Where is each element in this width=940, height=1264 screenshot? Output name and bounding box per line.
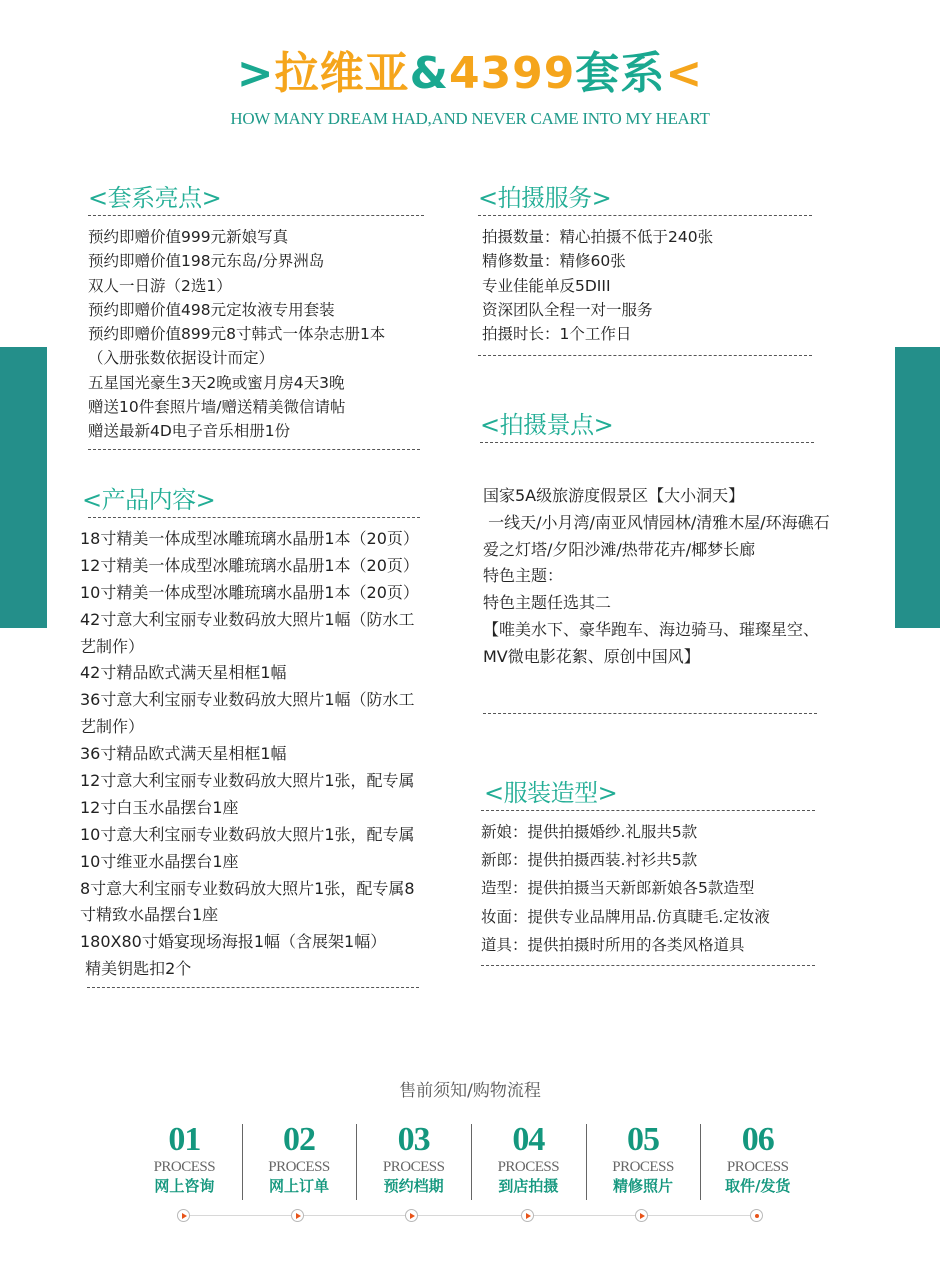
list-item: 赠送最新4D电子音乐相册1份 [88, 419, 428, 443]
list-item: 艺制作） [80, 714, 460, 741]
page-subtitle: HOW MANY DREAM HAD,AND NEVER CAME INTO M… [0, 109, 940, 129]
step-process-label: PROCESS [356, 1158, 471, 1176]
list-item: 18寸精美一体成型冰雕琉璃水晶册1本（20页） [80, 526, 460, 553]
title-suffix: < [665, 48, 703, 99]
section-scenic: <拍摄景点> 国家5A级旅游度假景区【大小洞天】 一线天/小月湾/南亚风情园林/… [480, 410, 890, 714]
step-label: 预约档期 [356, 1176, 471, 1196]
step-divider [242, 1124, 243, 1200]
step-divider [471, 1124, 472, 1200]
list-item: 精美钥匙扣2个 [80, 956, 460, 983]
list-item: 42寸意大利宝丽专业数码放大照片1幅（防水工 [80, 607, 460, 634]
list-item: 拍摄数量：精心拍摄不低于240张 [482, 225, 818, 249]
list-item: 道具：提供拍摄时所用的各类风格道具 [481, 931, 841, 959]
section-heading: <服装造型> [481, 778, 841, 808]
step-label: 取件/发货 [700, 1176, 815, 1196]
section-heading: <产品内容> [80, 485, 460, 515]
flow-title: 售前须知/购物流程 [0, 1076, 940, 1101]
list-item: 10寸维亚水晶摆台1座 [80, 849, 460, 876]
list-item: 拍摄时长：1个工作日 [482, 322, 818, 346]
list-item: 12寸意大利宝丽专业数码放大照片1张，配专属 [80, 768, 460, 795]
step-label: 精修照片 [586, 1176, 701, 1196]
process-step: 02 PROCESS 网上订单 [242, 1122, 357, 1202]
section-highlights: <套系亮点> 预约即赠价值999元新娘写真 预约即赠价值198元东岛/分界洲岛 … [88, 183, 428, 450]
step-process-label: PROCESS [471, 1158, 586, 1176]
list-item: 预约即赠价值999元新娘写真 [88, 225, 428, 249]
timeline-line [183, 1215, 757, 1216]
divider [88, 449, 420, 450]
list-item: 36寸意大利宝丽专业数码放大照片1幅（防水工 [80, 687, 460, 714]
divider [483, 713, 817, 714]
step-label: 网上订单 [242, 1176, 357, 1196]
list-item: 10寸精美一体成型冰雕琉璃水晶册1本（20页） [80, 580, 460, 607]
divider [87, 987, 419, 988]
list-item: 五星国光豪生3天2晚或蜜月房4天3晚 [88, 371, 428, 395]
step-process-label: PROCESS [700, 1158, 815, 1176]
costume-list: 新娘：提供拍摄婚纱.礼服共5款 新郎：提供拍摄西装.衬衫共5款 造型：提供拍摄当… [481, 818, 841, 959]
list-item: 8寸意大利宝丽专业数码放大照片1张，配专属8 [80, 876, 460, 903]
list-item: 预约即赠价值899元8寸韩式一体杂志册1本 [88, 322, 428, 346]
divider [88, 215, 424, 216]
title-prefix: > [237, 48, 275, 99]
left-accent-bar [0, 347, 47, 628]
list-item: （入册张数依据设计而定） [88, 346, 428, 370]
process-step: 04 PROCESS 到店拍摄 [471, 1122, 586, 1202]
process-step: 01 PROCESS 网上咨询 [127, 1122, 242, 1202]
section-products: <产品内容> 18寸精美一体成型冰雕琉璃水晶册1本（20页） 12寸精美一体成型… [80, 485, 460, 988]
list-item: 特色主题任选其二 [483, 590, 890, 617]
process-step: 06 PROCESS 取件/发货 [700, 1122, 815, 1202]
section-heading: <套系亮点> [88, 183, 428, 213]
title-brand: 拉维亚 [275, 48, 410, 99]
list-item: 专业佳能单反5DIII [482, 274, 818, 298]
step-divider [356, 1124, 357, 1200]
list-item: MV微电影花絮、原创中国风】 [483, 644, 890, 671]
list-item: 艺制作） [80, 634, 460, 661]
list-item: 造型：提供拍摄当天新郎新娘各5款造型 [481, 874, 841, 902]
process-steps: 01 PROCESS 网上咨询 02 PROCESS 网上订单 03 PROCE… [127, 1122, 815, 1202]
list-item: 【唯美水下、豪华跑车、海边骑马、璀璨星空、 [483, 617, 890, 644]
list-item: 精修数量：精修60张 [482, 249, 818, 273]
step-number: 04 [471, 1122, 586, 1158]
page-title: >拉维亚&4399套系< [0, 46, 940, 102]
process-step: 03 PROCESS 预约档期 [356, 1122, 471, 1202]
end-dot-icon [750, 1209, 763, 1222]
play-icon [177, 1209, 190, 1222]
step-number: 06 [700, 1122, 815, 1158]
list-item: 42寸精品欧式满天星相框1幅 [80, 660, 460, 687]
list-item: 赠送10件套照片墙/赠送精美微信请帖 [88, 395, 428, 419]
divider [481, 965, 815, 966]
divider [88, 517, 420, 518]
step-divider [700, 1124, 701, 1200]
play-icon [521, 1209, 534, 1222]
title-amp: & [410, 48, 449, 99]
step-number: 02 [242, 1122, 357, 1158]
list-item: 寸精致水晶摆台1座 [80, 902, 460, 929]
list-item: 资深团队全程一对一服务 [482, 298, 818, 322]
list-item: 12寸精美一体成型冰雕琉璃水晶册1本（20页） [80, 553, 460, 580]
list-item: 一线天/小月湾/南亚风情园林/清雅木屋/环海礁石 [483, 510, 890, 537]
step-number: 05 [586, 1122, 701, 1158]
title-suffix-text: 套系 [575, 48, 665, 99]
list-item: 12寸白玉水晶摆台1座 [80, 795, 460, 822]
list-item: 180X80寸婚宴现场海报1幅（含展架1幅） [80, 929, 460, 956]
list-item: 10寸意大利宝丽专业数码放大照片1张，配专属 [80, 822, 460, 849]
scenic-list: 国家5A级旅游度假景区【大小洞天】 一线天/小月湾/南亚风情园林/清雅木屋/环海… [480, 483, 890, 671]
step-number: 01 [127, 1122, 242, 1158]
step-process-label: PROCESS [127, 1158, 242, 1176]
play-icon [635, 1209, 648, 1222]
right-accent-bar [895, 347, 940, 628]
divider [478, 215, 812, 216]
section-costume: <服装造型> 新娘：提供拍摄婚纱.礼服共5款 新郎：提供拍摄西装.衬衫共5款 造… [481, 778, 841, 966]
list-item: 36寸精品欧式满天星相框1幅 [80, 741, 460, 768]
process-step: 05 PROCESS 精修照片 [586, 1122, 701, 1202]
step-divider [586, 1124, 587, 1200]
divider [478, 355, 812, 356]
section-heading: <拍摄景点> [480, 410, 890, 440]
play-icon [405, 1209, 418, 1222]
section-service: <拍摄服务> 拍摄数量：精心拍摄不低于240张 精修数量：精修60张 专业佳能单… [478, 183, 818, 356]
list-item: 预约即赠价值498元定妆液专用套装 [88, 298, 428, 322]
highlights-list: 预约即赠价值999元新娘写真 预约即赠价值198元东岛/分界洲岛 双人一日游（2… [88, 225, 428, 444]
divider [480, 442, 814, 443]
play-icon [291, 1209, 304, 1222]
service-list: 拍摄数量：精心拍摄不低于240张 精修数量：精修60张 专业佳能单反5DIII … [478, 225, 818, 346]
title-number: 4399 [449, 48, 575, 99]
list-item: 新娘：提供拍摄婚纱.礼服共5款 [481, 818, 841, 846]
step-number: 03 [356, 1122, 471, 1158]
step-label: 到店拍摄 [471, 1176, 586, 1196]
list-item: 爱之灯塔/夕阳沙滩/热带花卉/椰梦长廊 [483, 537, 890, 564]
step-process-label: PROCESS [242, 1158, 357, 1176]
list-item: 新郎：提供拍摄西装.衬衫共5款 [481, 846, 841, 874]
products-list: 18寸精美一体成型冰雕琉璃水晶册1本（20页） 12寸精美一体成型冰雕琉璃水晶册… [80, 526, 460, 983]
step-label: 网上咨询 [127, 1176, 242, 1196]
section-heading: <拍摄服务> [478, 183, 818, 213]
list-item: 国家5A级旅游度假景区【大小洞天】 [483, 483, 890, 510]
list-item: 双人一日游（2选1） [88, 274, 428, 298]
divider [481, 810, 815, 811]
step-process-label: PROCESS [586, 1158, 701, 1176]
list-item: 预约即赠价值198元东岛/分界洲岛 [88, 249, 428, 273]
list-item: 妆面：提供专业品牌用品.仿真睫毛.定妆液 [481, 903, 841, 931]
list-item: 特色主题： [483, 563, 890, 590]
